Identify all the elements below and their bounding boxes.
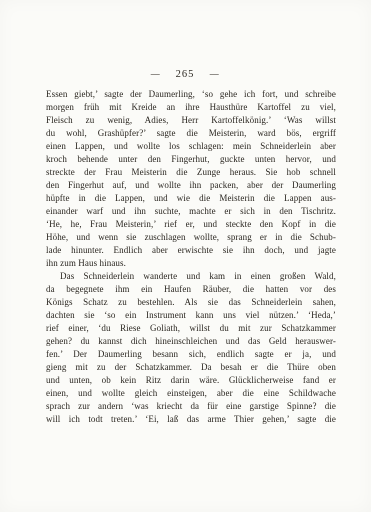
text-line: morgen früh mit Kreide an ihre Hausthüre… — [46, 101, 336, 114]
book-page: — 265 — Essen giebt,’ sagte der Daumerli… — [0, 0, 371, 512]
text-line: Fleisch zu wenig, Adies, Herr Kartoffelk… — [46, 114, 336, 127]
page-header: — 265 — — [40, 69, 330, 80]
text-line: einen Lappen, und wollte los schlagen: m… — [46, 140, 336, 153]
text-line: du wohl, Grashüpfer?’ sagte die Meisteri… — [46, 127, 336, 140]
text-line: gehen? du kannst dich hineinschleichen u… — [46, 335, 336, 348]
text-line: will ich todt treten.’ ‘Ei, laß das arme… — [46, 413, 336, 426]
text-line: Höhe, und wenn sie zuschlagen wollte, sp… — [46, 231, 336, 244]
text-line: lade hinunter. Endlich aber erwischte si… — [46, 244, 336, 257]
text-line: ‘He, he, Frau Meisterin,’ rief er, und s… — [46, 218, 336, 231]
text-line: Das Schneiderlein wanderte und kam in ei… — [46, 270, 336, 283]
text-line: gieng mit zu der Schatzkammer. Da besah … — [46, 361, 336, 374]
text-line: streckte der Frau Meisterin die Zunge he… — [46, 166, 336, 179]
text-line: einen, und wollte gleich einsteigen, abe… — [46, 387, 336, 400]
text-line: fen.’ Der Daumerling besann sich, endlic… — [46, 348, 336, 361]
page-number: 265 — [176, 69, 195, 80]
text-line: den Fingerhut auf, und wollte ihn packen… — [46, 179, 336, 192]
header-dash-left: — — [151, 69, 160, 80]
header-dash-right: — — [210, 69, 219, 80]
text-line: sprach zur andern ‘was kriecht da für ei… — [46, 400, 336, 413]
text-line: kroch behende unter den Fingerhut, guckt… — [46, 153, 336, 166]
text-line: rief einer, ‘du Riese Goliath, willst du… — [46, 322, 336, 335]
text-line: da begegnete ihm ein Haufen Räuber, die … — [46, 283, 336, 296]
text-block: Essen giebt,’ sagte der Daumerling, ‘so … — [46, 88, 336, 426]
text-line: Essen giebt,’ sagte der Daumerling, ‘so … — [46, 88, 336, 101]
text-line: Königs Schatz zu bestehlen. Als sie das … — [46, 296, 336, 309]
text-line: dachten sie ‘so ein Instrument kann uns … — [46, 309, 336, 322]
text-line: und unten, ob kein Ritz darin wäre. Glüc… — [46, 374, 336, 387]
text-line: ihn zum Haus hinaus. — [46, 257, 336, 270]
text-line: einander warf und ihn suchte, machte er … — [46, 205, 336, 218]
text-line: hüpfte in die Lappen, und wie die Meiste… — [46, 192, 336, 205]
